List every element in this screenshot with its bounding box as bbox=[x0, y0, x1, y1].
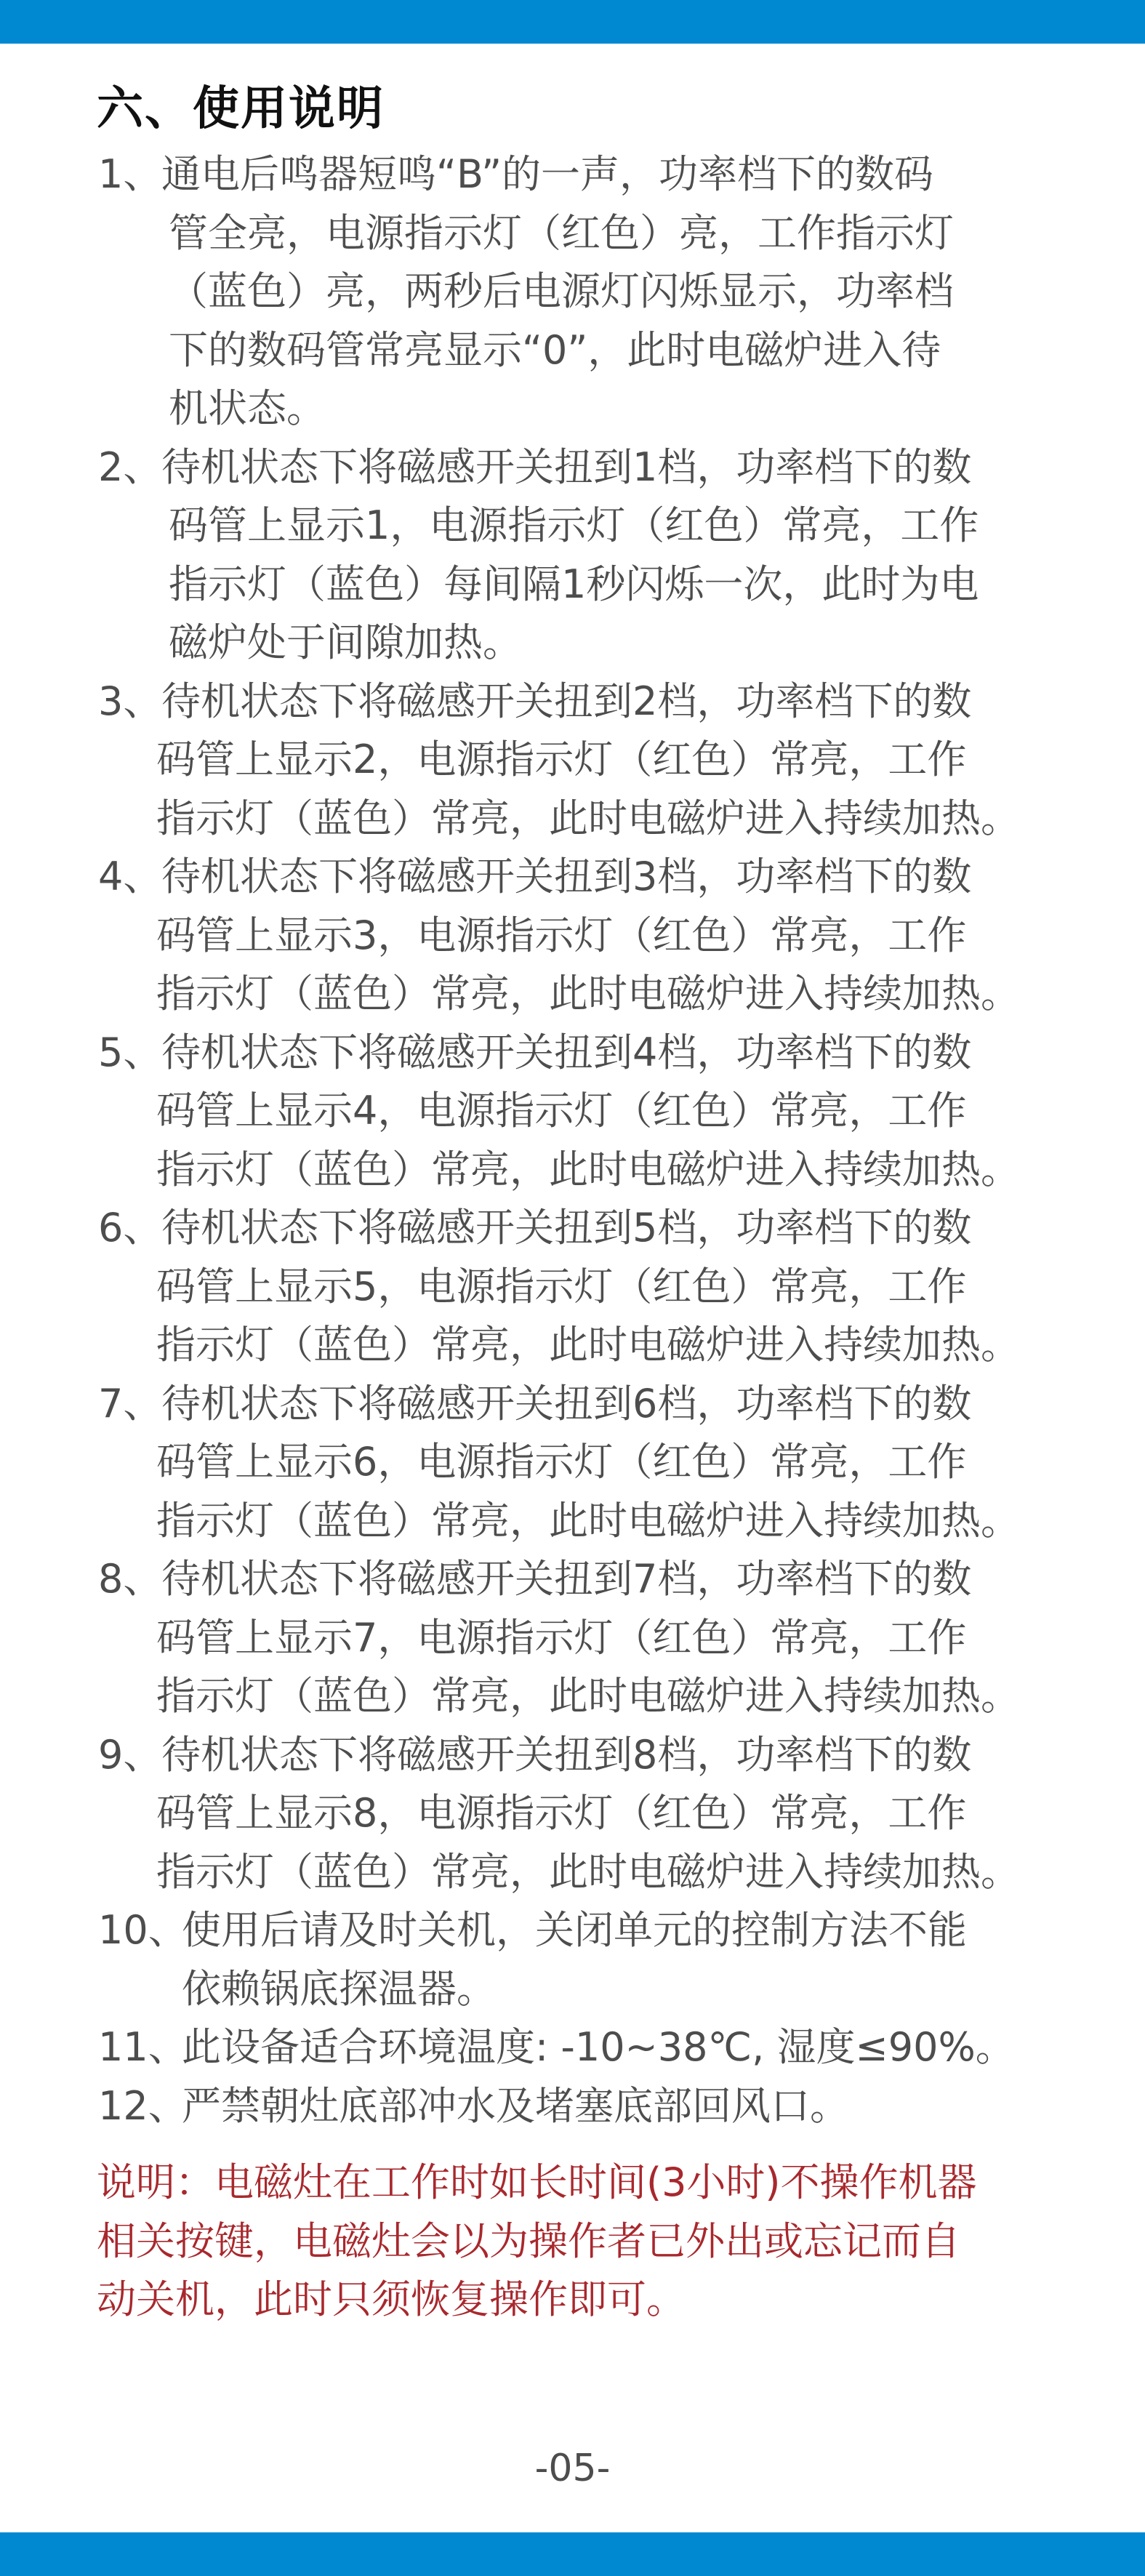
bottom-footer-bar bbox=[0, 2532, 1145, 2576]
top-header-bar bbox=[0, 0, 1145, 44]
list-item: 10、使用后请及时关机，关闭单元的控制方法不能依赖锅底探温器。 bbox=[0, 1901, 1145, 2018]
list-item-text: 使用后请及时关机，关闭单元的控制方法不能 bbox=[182, 1901, 967, 1960]
list-item-text: 码管上显示8，电源指示灯（红色）常亮，工作 bbox=[156, 1784, 966, 1843]
list-item: 11、此设备适合环境温度: -10~38℃, 湿度≤90%。 bbox=[0, 2018, 1145, 2077]
list-item-number: 12、 bbox=[98, 2077, 188, 2136]
list-item: 3、待机状态下将磁感开关扭到2档，功率档下的数码管上显示2，电源指示灯（红色）常… bbox=[0, 673, 1145, 848]
list-item-text: 待机状态下将磁感开关扭到3档，功率档下的数 bbox=[161, 848, 971, 907]
note-text: 说明：电磁灶在工作时如长时间(3小时)不操作机器 bbox=[97, 2154, 977, 2212]
list-item-text: 管全亮，电源指示灯（红色）亮，工作指示灯 bbox=[169, 204, 954, 263]
list-item-text: 码管上显示4，电源指示灯（红色）常亮，工作 bbox=[156, 1082, 966, 1141]
list-item-line: 码管上显示7，电源指示灯（红色）常亮，工作 bbox=[0, 1609, 1145, 1668]
list-item-text: 待机状态下将磁感开关扭到1档，功率档下的数 bbox=[161, 438, 971, 497]
list-item-text: 指示灯（蓝色）常亮，此时电磁炉进入持续加热。 bbox=[156, 1843, 1020, 1902]
list-item-text: 指示灯（蓝色）常亮，此时电磁炉进入持续加热。 bbox=[156, 1316, 1020, 1375]
list-item-number: 4、 bbox=[98, 848, 162, 907]
list-item: 2、待机状态下将磁感开关扭到1档，功率档下的数码管上显示1，电源指示灯（红色）常… bbox=[0, 438, 1145, 673]
list-item-text: 通电后鸣器短鸣“B”的一声，功率档下的数码 bbox=[161, 145, 933, 204]
list-item-text: 码管上显示1，电源指示灯（红色）常亮，工作 bbox=[169, 497, 979, 555]
list-item-line: 12、严禁朝灶底部冲水及堵塞底部回风口。 bbox=[0, 2077, 1145, 2136]
list-item-line: 6、待机状态下将磁感开关扭到5档，功率档下的数 bbox=[0, 1199, 1145, 1258]
list-item-text: 码管上显示5，电源指示灯（红色）常亮，工作 bbox=[156, 1258, 966, 1317]
list-item: 6、待机状态下将磁感开关扭到5档，功率档下的数码管上显示5，电源指示灯（红色）常… bbox=[0, 1199, 1145, 1375]
list-item-text: 指示灯（蓝色）常亮，此时电磁炉进入持续加热。 bbox=[156, 790, 1020, 848]
list-item-line: 指示灯（蓝色）常亮，此时电磁炉进入持续加热。 bbox=[0, 1667, 1145, 1726]
list-item-text: 指示灯（蓝色）常亮，此时电磁炉进入持续加热。 bbox=[156, 1141, 1020, 1200]
list-item-line: 11、此设备适合环境温度: -10~38℃, 湿度≤90%。 bbox=[0, 2018, 1145, 2077]
list-item-text: 指示灯（蓝色）常亮，此时电磁炉进入持续加热。 bbox=[156, 1492, 1020, 1551]
list-item-line: 9、待机状态下将磁感开关扭到8档，功率档下的数 bbox=[0, 1726, 1145, 1785]
list-item: 5、待机状态下将磁感开关扭到4档，功率档下的数码管上显示4，电源指示灯（红色）常… bbox=[0, 1024, 1145, 1200]
list-item-text: 依赖锅底探温器。 bbox=[182, 1960, 496, 2019]
list-item-line: 指示灯（蓝色）常亮，此时电磁炉进入持续加热。 bbox=[0, 965, 1145, 1024]
list-item-number: 10、 bbox=[98, 1901, 188, 1960]
list-item-line: 码管上显示4，电源指示灯（红色）常亮，工作 bbox=[0, 1082, 1145, 1141]
list-item-text: 待机状态下将磁感开关扭到2档，功率档下的数 bbox=[161, 673, 971, 731]
list-item: 7、待机状态下将磁感开关扭到6档，功率档下的数码管上显示6，电源指示灯（红色）常… bbox=[0, 1375, 1145, 1551]
list-item-number: 11、 bbox=[98, 2018, 188, 2077]
section-title: 六、使用说明 bbox=[97, 80, 385, 138]
list-item-text: 磁炉处于间隙加热。 bbox=[169, 614, 522, 673]
list-item-line: 指示灯（蓝色）常亮，此时电磁炉进入持续加热。 bbox=[0, 1492, 1145, 1551]
list-item-text: 下的数码管常亮显示“0”，此时电磁炉进入待 bbox=[169, 321, 941, 380]
list-item-text: 待机状态下将磁感开关扭到7档，功率档下的数 bbox=[161, 1550, 971, 1609]
list-item-text: 机状态。 bbox=[169, 380, 326, 438]
list-item-text: 严禁朝灶底部冲水及堵塞底部回风口。 bbox=[182, 2077, 849, 2136]
list-item: 1、通电后鸣器短鸣“B”的一声，功率档下的数码管全亮，电源指示灯（红色）亮，工作… bbox=[0, 145, 1145, 438]
list-item-text: 码管上显示3，电源指示灯（红色）常亮，工作 bbox=[156, 907, 966, 966]
list-item-line: 指示灯（蓝色）常亮，此时电磁炉进入持续加热。 bbox=[0, 790, 1145, 848]
list-item-line: 磁炉处于间隙加热。 bbox=[0, 614, 1145, 673]
list-item-line: 2、待机状态下将磁感开关扭到1档，功率档下的数 bbox=[0, 438, 1145, 497]
list-item-line: 1、通电后鸣器短鸣“B”的一声，功率档下的数码 bbox=[0, 145, 1145, 204]
list-item-text: 码管上显示7，电源指示灯（红色）常亮，工作 bbox=[156, 1609, 966, 1668]
list-item-number: 7、 bbox=[98, 1375, 162, 1434]
list-item-text: 待机状态下将磁感开关扭到4档，功率档下的数 bbox=[161, 1024, 971, 1083]
list-item-line: 码管上显示6，电源指示灯（红色）常亮，工作 bbox=[0, 1433, 1145, 1492]
list-item-text: （蓝色）亮，两秒后电源灯闪烁显示，功率档 bbox=[169, 262, 954, 321]
list-item-number: 2、 bbox=[98, 438, 162, 497]
list-item-line: 指示灯（蓝色）常亮，此时电磁炉进入持续加热。 bbox=[0, 1141, 1145, 1200]
list-item-text: 码管上显示6，电源指示灯（红色）常亮，工作 bbox=[156, 1433, 966, 1492]
list-item: 12、严禁朝灶底部冲水及堵塞底部回风口。 bbox=[0, 2077, 1145, 2136]
list-item-number: 3、 bbox=[98, 673, 162, 731]
note-text: 动关机，此时只须恢复操作即可。 bbox=[97, 2271, 686, 2330]
list-item-line: 依赖锅底探温器。 bbox=[0, 1960, 1145, 2019]
list-item-line: 3、待机状态下将磁感开关扭到2档，功率档下的数 bbox=[0, 673, 1145, 731]
list-item-text: 码管上显示2，电源指示灯（红色）常亮，工作 bbox=[156, 731, 966, 790]
list-item-line: 管全亮，电源指示灯（红色）亮，工作指示灯 bbox=[0, 204, 1145, 263]
list-item-line: 指示灯（蓝色）常亮，此时电磁炉进入持续加热。 bbox=[0, 1316, 1145, 1375]
note-text: 相关按键，电磁灶会以为操作者已外出或忘记而自 bbox=[97, 2212, 960, 2271]
list-item-line: 码管上显示5，电源指示灯（红色）常亮，工作 bbox=[0, 1258, 1145, 1317]
list-item-number: 9、 bbox=[98, 1726, 162, 1785]
list-item-line: 码管上显示3，电源指示灯（红色）常亮，工作 bbox=[0, 907, 1145, 966]
list-item: 8、待机状态下将磁感开关扭到7档，功率档下的数码管上显示7，电源指示灯（红色）常… bbox=[0, 1550, 1145, 1726]
instructions-list: 1、通电后鸣器短鸣“B”的一声，功率档下的数码管全亮，电源指示灯（红色）亮，工作… bbox=[0, 145, 1145, 2135]
list-item-text: 指示灯（蓝色）每间隔1秒闪烁一次，此时为电 bbox=[169, 555, 979, 614]
list-item-text: 待机状态下将磁感开关扭到5档，功率档下的数 bbox=[161, 1199, 971, 1258]
list-item-line: 下的数码管常亮显示“0”，此时电磁炉进入待 bbox=[0, 321, 1145, 380]
list-item-line: 码管上显示8，电源指示灯（红色）常亮，工作 bbox=[0, 1784, 1145, 1843]
list-item: 4、待机状态下将磁感开关扭到3档，功率档下的数码管上显示3，电源指示灯（红色）常… bbox=[0, 848, 1145, 1024]
list-item-line: 7、待机状态下将磁感开关扭到6档，功率档下的数 bbox=[0, 1375, 1145, 1434]
list-item-line: 指示灯（蓝色）常亮，此时电磁炉进入持续加热。 bbox=[0, 1843, 1145, 1902]
list-item-line: 4、待机状态下将磁感开关扭到3档，功率档下的数 bbox=[0, 848, 1145, 907]
list-item-line: 码管上显示1，电源指示灯（红色）常亮，工作 bbox=[0, 497, 1145, 555]
list-item-line: 机状态。 bbox=[0, 380, 1145, 438]
list-item-line: 5、待机状态下将磁感开关扭到4档，功率档下的数 bbox=[0, 1024, 1145, 1083]
list-item-number: 8、 bbox=[98, 1550, 162, 1609]
list-item-number: 5、 bbox=[98, 1024, 162, 1083]
list-item: 9、待机状态下将磁感开关扭到8档，功率档下的数码管上显示8，电源指示灯（红色）常… bbox=[0, 1726, 1145, 1902]
list-item-number: 1、 bbox=[98, 145, 162, 204]
page-number: -05- bbox=[0, 2439, 1145, 2497]
list-item-number: 6、 bbox=[98, 1199, 162, 1258]
list-item-text: 此设备适合环境温度: -10~38℃, 湿度≤90%。 bbox=[182, 2018, 1015, 2077]
list-item-line: 10、使用后请及时关机，关闭单元的控制方法不能 bbox=[0, 1901, 1145, 1960]
list-item-text: 待机状态下将磁感开关扭到8档，功率档下的数 bbox=[161, 1726, 971, 1785]
list-item-line: （蓝色）亮，两秒后电源灯闪烁显示，功率档 bbox=[0, 262, 1145, 321]
list-item-line: 指示灯（蓝色）每间隔1秒闪烁一次，此时为电 bbox=[0, 555, 1145, 614]
list-item-line: 码管上显示2，电源指示灯（红色）常亮，工作 bbox=[0, 731, 1145, 790]
list-item-line: 8、待机状态下将磁感开关扭到7档，功率档下的数 bbox=[0, 1550, 1145, 1609]
list-item-text: 指示灯（蓝色）常亮，此时电磁炉进入持续加热。 bbox=[156, 1667, 1020, 1726]
list-item-text: 待机状态下将磁感开关扭到6档，功率档下的数 bbox=[161, 1375, 971, 1434]
list-item-text: 指示灯（蓝色）常亮，此时电磁炉进入持续加热。 bbox=[156, 965, 1020, 1024]
